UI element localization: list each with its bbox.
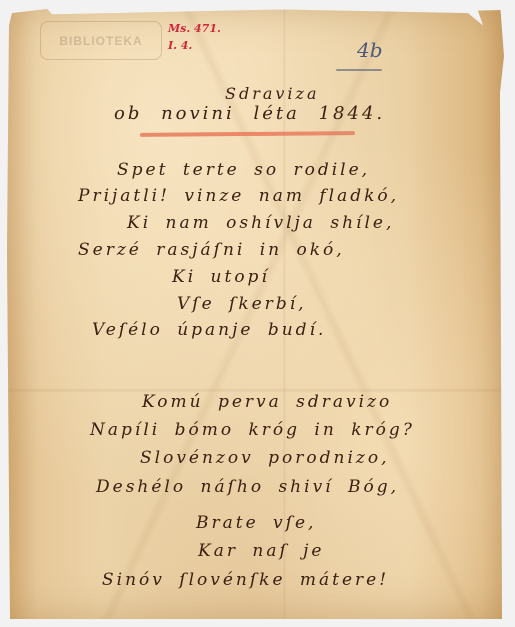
stanza-1-line-4: Serzé rasjáſni in okó, bbox=[78, 240, 345, 260]
stanza-2-line-1: Komú perva sdravizo bbox=[142, 392, 392, 412]
poem-subtitle: ob novini léta 1844. bbox=[114, 103, 385, 124]
manuscript-scan: BIBLIOTEKA Ms. 471. I. 4. 4b Sdraviza ob… bbox=[0, 0, 515, 627]
stanza-1-line-1: Spet terte so rodile, bbox=[117, 160, 370, 180]
stanza-2-line-7: Sinóv ſlovénſke mátere! bbox=[102, 570, 389, 590]
red-crayon-underline bbox=[140, 131, 355, 137]
stanza-1-line-7: Veſélo úpanje budí. bbox=[92, 320, 326, 340]
stanza-2-line-3: Slovénzov porodnizo, bbox=[140, 448, 389, 468]
stanza-1-line-6: Vſe ſkerbí, bbox=[177, 294, 307, 314]
stanza-2-line-5: Brate vſe, bbox=[196, 513, 316, 533]
poem-title: Sdraviza bbox=[225, 84, 320, 103]
stanza-2-line-4: Deshélo náſho shiví Bóg, bbox=[96, 477, 399, 497]
stanza-2-line-2: Napíli bómo krόg in krόg? bbox=[90, 420, 415, 440]
stanza-1-line-3: Ki nam oshívlja shíle, bbox=[127, 213, 394, 233]
stanza-1-line-5: Ki utopí bbox=[172, 267, 270, 287]
poem: Sdraviza ob novini léta 1844. Spet terte… bbox=[0, 0, 515, 627]
stanza-1-line-2: Prijatli! vinze nam fladkó, bbox=[78, 186, 399, 206]
stanza-2-line-6: Kar naſ je bbox=[198, 541, 324, 561]
